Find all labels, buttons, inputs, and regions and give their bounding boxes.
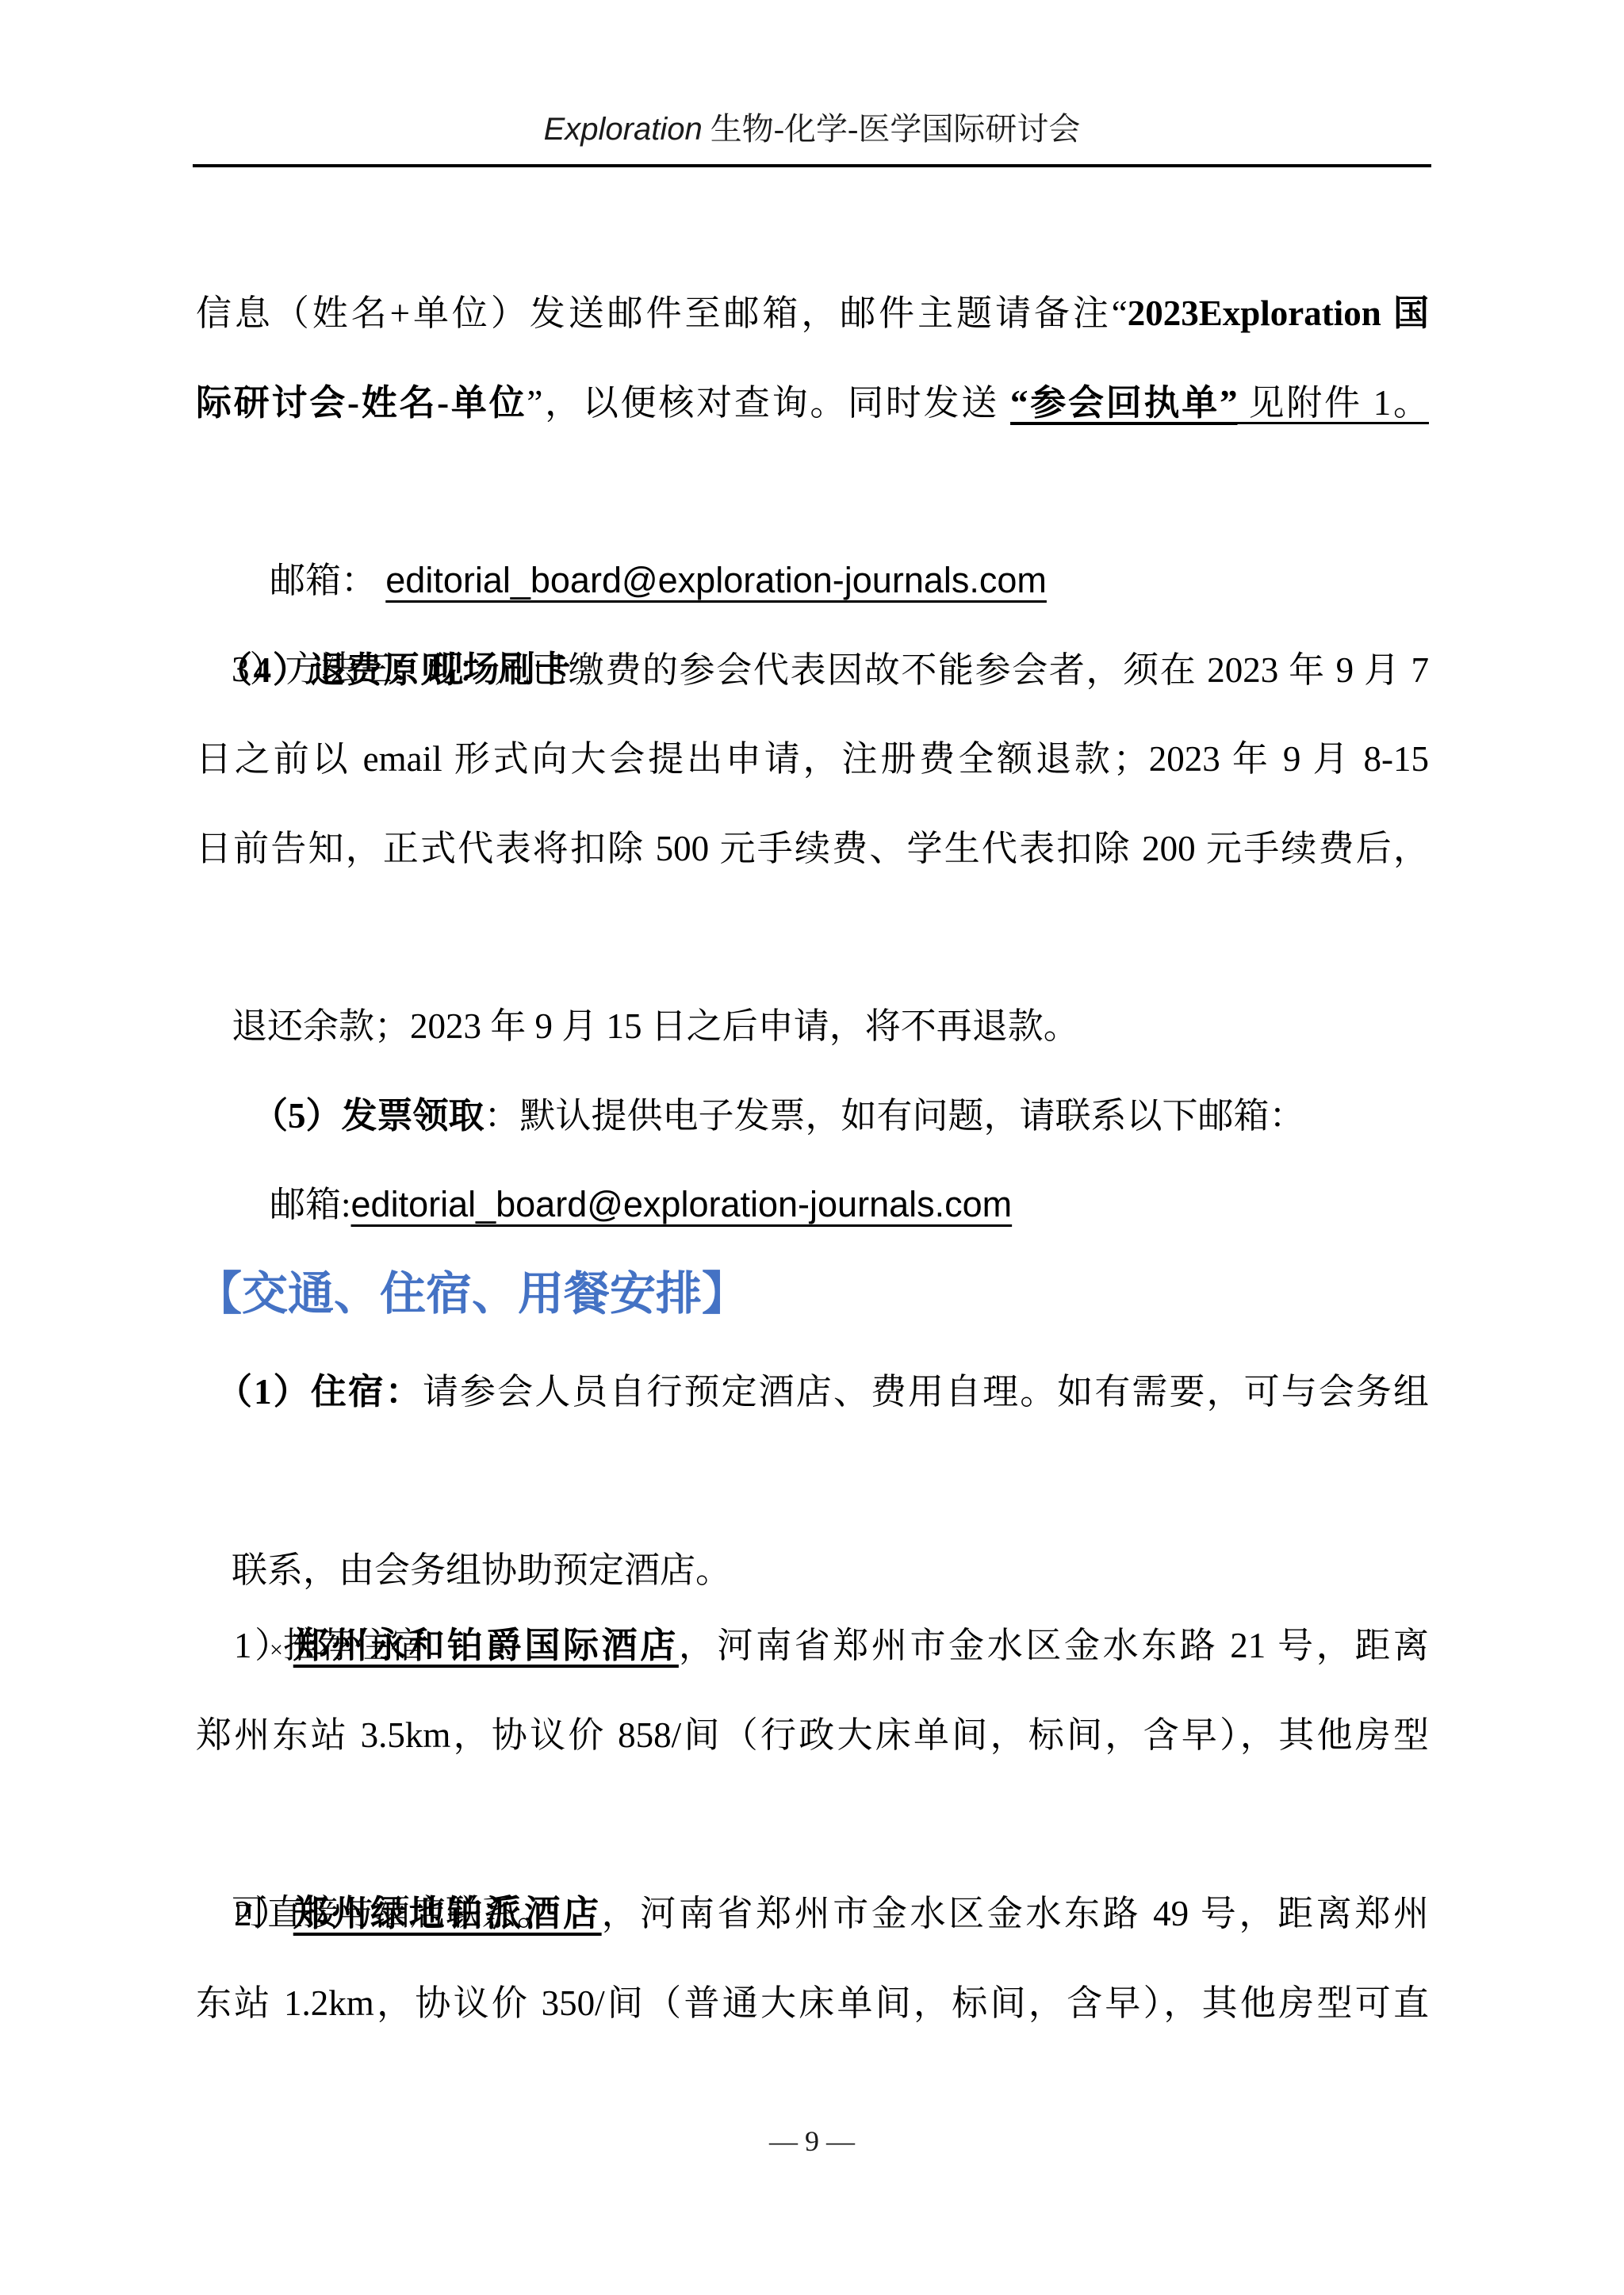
header-title: 生物-化学-医学国际研讨会 (703, 111, 1081, 147)
method-three-line: 3）方法三：现场刷卡 (196, 536, 571, 625)
bold-run: 2023Exploration 国 (1128, 293, 1429, 333)
bold-run: （4）退费原则 (216, 650, 458, 690)
text-line: 际研讨会-姓名-单位”，以便核对查询。同时发送 “参会回执单” 见附件 1。 (196, 358, 1429, 447)
hotel-two-line: 2）郑州绿地铂派酒店，河南省郑州市金水区金水东路 49 号，距离郑州 (234, 1869, 1429, 1958)
text-line: 郑州东站 3.5km，协议价 858/间（行政大床单间，标间，含早），其他房型 (196, 1691, 1429, 1780)
text-run: ，河南省郑州市金水区金水东路 21 号，距离 (679, 1626, 1429, 1665)
email-line: 邮箱： editorial_board@exploration-journals… (234, 447, 1047, 536)
text-line: 信息（姓名+单位）发送邮件至邮箱，邮件主题请备注“2023Exploration… (196, 269, 1429, 358)
text-run: 2） (234, 1894, 293, 1933)
journal-brand: Exploration (544, 112, 703, 147)
bold-run: （1）住宿： (216, 1372, 423, 1412)
text-run: 信息（姓名+单位）发送邮件至邮箱，邮件主题请备注“ (196, 293, 1128, 333)
refund-policy-line: （4）退费原则：凡已缴费的参会代表因故不能参会者，须在 2023 年 9 月 7 (216, 626, 1429, 715)
hotel-name: 郑州永和铂爵国际酒店 (293, 1626, 679, 1665)
text-run: 请参会人员自行预定酒店、费用自理。如有需要，可与会务组 (423, 1372, 1429, 1412)
page-number: — 9 — (0, 2097, 1624, 2186)
document-page: Exploration 生物-化学-医学国际研讨会 信息（姓名+单位）发送邮件至… (0, 0, 1624, 2295)
attachment-ref: 见附件 1。 (1238, 383, 1429, 423)
reply-slip-label: “参会回执单” (1010, 383, 1237, 423)
email-line: 邮箱:editorial_board@exploration-journals.… (234, 1071, 1012, 1160)
text-line: 可直接与酒店联系。 (196, 1780, 553, 1868)
section-heading: 【交通、住宿、用餐安排】 (196, 1250, 748, 1339)
hotel-one-line: 1）郑州永和铂爵国际酒店，河南省郑州市金水区金水东路 21 号，距离 (234, 1601, 1429, 1690)
email-label: 邮箱: (270, 1185, 351, 1224)
text-line: 退还余款；2023 年 9 月 15 日之后申请，将不再退款。 (196, 893, 1079, 982)
text-run: 日之前以 email 形式向大会提出申请，注册费全额退款；2023 年 9 月 … (196, 739, 1429, 779)
page-header: Exploration 生物-化学-医学国际研讨会 (0, 102, 1624, 157)
text-line: 日前告知，正式代表将扣除 500 元手续费、学生代表扣除 200 元手续费后， (196, 804, 1429, 893)
text-run: 日前告知，正式代表将扣除 500 元手续费、学生代表扣除 200 元手续费后， (196, 829, 1429, 868)
header-divider (193, 164, 1431, 167)
text-line: 日之前以 email 形式向大会提出申请，注册费全额退款；2023 年 9 月 … (196, 715, 1429, 803)
recommended-hotels-label: ×推荐住宿 (234, 1512, 426, 1601)
accommodation-line: （1）住宿：请参会人员自行预定酒店、费用自理。如有需要，可与会务组 (216, 1347, 1429, 1436)
text-line: 东站 1.2km，协议价 350/间（普通大床单间，标间，含早），其他房型可直 (196, 1959, 1429, 2048)
hotel-name: 郑州绿地铂派酒店 (293, 1894, 602, 1933)
email-address: editorial_board@exploration-journals.com (351, 1184, 1013, 1224)
bold-run: 际研讨会-姓名-单位 (196, 383, 527, 423)
text-run: ，河南省郑州市金水区金水东路 49 号，距离郑州 (602, 1894, 1429, 1933)
text-run: 东站 1.2km，协议价 350/间（普通大床单间，标间，含早），其他房型可直 (196, 1983, 1429, 2023)
invoice-line: （5）发票领取：默认提供电子发票，如有问题，请联系以下邮箱： (216, 983, 1305, 1071)
text-run: 郑州东站 3.5km，协议价 858/间（行政大床单间，标间，含早），其他房型 (196, 1715, 1429, 1755)
text-run: ：凡已缴费的参会代表因故不能参会者，须在 2023 年 9 月 7 (458, 650, 1429, 690)
text-run: 1） (234, 1626, 293, 1665)
text-run: ”，以便核对查询。同时发送 (527, 383, 1010, 423)
